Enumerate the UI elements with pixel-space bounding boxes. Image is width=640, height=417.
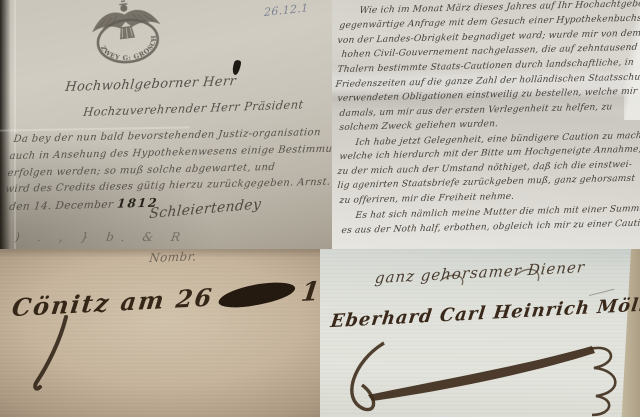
docket-note: Nombr.	[149, 249, 198, 265]
handwriting-line: Thalern bestimmte Staats-Cautionen durch…	[337, 58, 634, 75]
handwriting-line: verwendeten Obligationen einstweilig zu …	[337, 87, 638, 104]
body-line: erfolgen werden; so muß solche abgewarte…	[7, 162, 276, 179]
date-closeup: Nombr. Cönitz am 26Octbr1814.	[0, 249, 320, 417]
corner-date-note: 26.12.1	[264, 1, 309, 19]
signature-closeup: ganz gehorsamer Diener Eberhard Carl Hei…	[320, 249, 640, 417]
handwriting-line: damals, um mir aus der ersten Verlegenhe…	[339, 102, 613, 119]
letter-page-first: ZWEY G: GROSCHEN 26.12.1 Hochwohlgeborne…	[0, 0, 332, 249]
stamp-text: ZWEY G: GROSCHEN	[80, 0, 160, 67]
handwriting-line: lig agenirten Staatsbriefe zurückgeben m…	[337, 174, 636, 191]
date-line-text: den 14. December	[9, 199, 114, 213]
salutation-line-2: Hochzuverehrender Herr Präsident	[83, 97, 305, 119]
handwriting-line: Es hat sich nämlich meine Mutter die mic…	[355, 204, 640, 221]
sender-signature: Schleiertendey	[149, 196, 262, 222]
body-line: wird des Credits dieses gütig hierzu zur…	[5, 177, 331, 195]
signature-flourish	[320, 249, 640, 417]
revenue-stamp: ZWEY G: GROSCHEN	[80, 0, 174, 73]
letter-page-second: Wie ich im Monat März dieses Jahres auf …	[332, 0, 640, 249]
handwriting-line: hohen Civil-Gouvernement nachgelassen, d…	[341, 43, 638, 60]
handwriting-line: Wie ich im Monat März dieses Jahres auf …	[359, 0, 640, 16]
date-line: den 14. December 1812	[9, 196, 160, 213]
dateline-year: 1814.	[299, 273, 320, 308]
handwriting-line: es aus der Noth half, erbothen, obgleich…	[341, 218, 640, 236]
cutoff-fragment: ) . , } b. & R	[14, 230, 188, 244]
svg-text:ZWEY G: GROSCHEN: ZWEY G: GROSCHEN	[80, 0, 160, 67]
handwriting-line: gegenwärtige Anfrage mit dem Gesuch eine…	[339, 14, 640, 31]
descender-flourish	[22, 315, 92, 395]
handwriting-line: solchem Zweck geliehen wurden.	[339, 119, 499, 133]
photo-collage: ZWEY G: GROSCHEN 26.12.1 Hochwohlgeborne…	[0, 0, 640, 417]
salutation-line-1: Hochwohlgeborner Herr	[64, 74, 236, 95]
ink-blot-month: Octbr	[219, 279, 296, 311]
handwriting-line: zu offeriren, mir die Freiheit nehme.	[339, 192, 515, 206]
body-line: auch in Ansehung des Hypothekenwesens ei…	[9, 143, 332, 162]
blotted-month-text: Octbr	[219, 289, 280, 310]
